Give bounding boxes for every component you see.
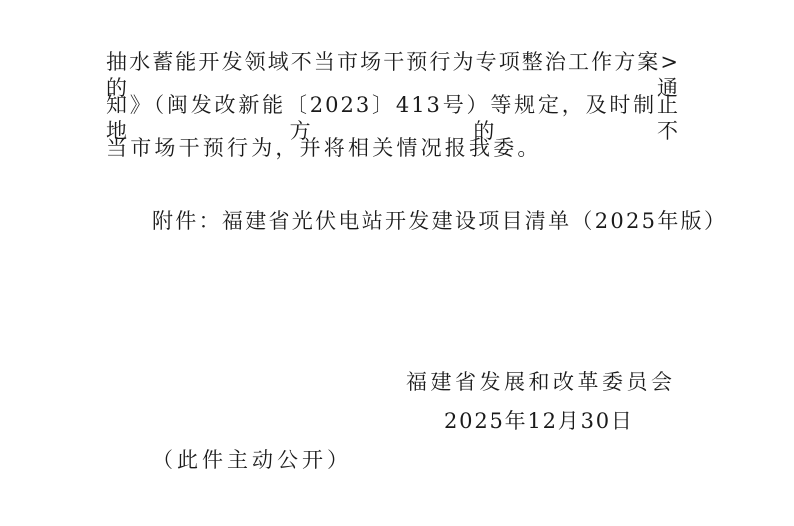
disclosure-note: （此件主动公开） [152, 447, 352, 473]
issue-date: 2025年12月30日 [444, 408, 634, 434]
issuing-organization: 福建省发展和改革委员会 [406, 369, 676, 395]
attachment-note: 附件：福建省光伏电站开发建设项目清单（2025年版） [152, 208, 727, 234]
body-text-line: 当市场干预行为，并将相关情况报我委。 [106, 135, 542, 161]
